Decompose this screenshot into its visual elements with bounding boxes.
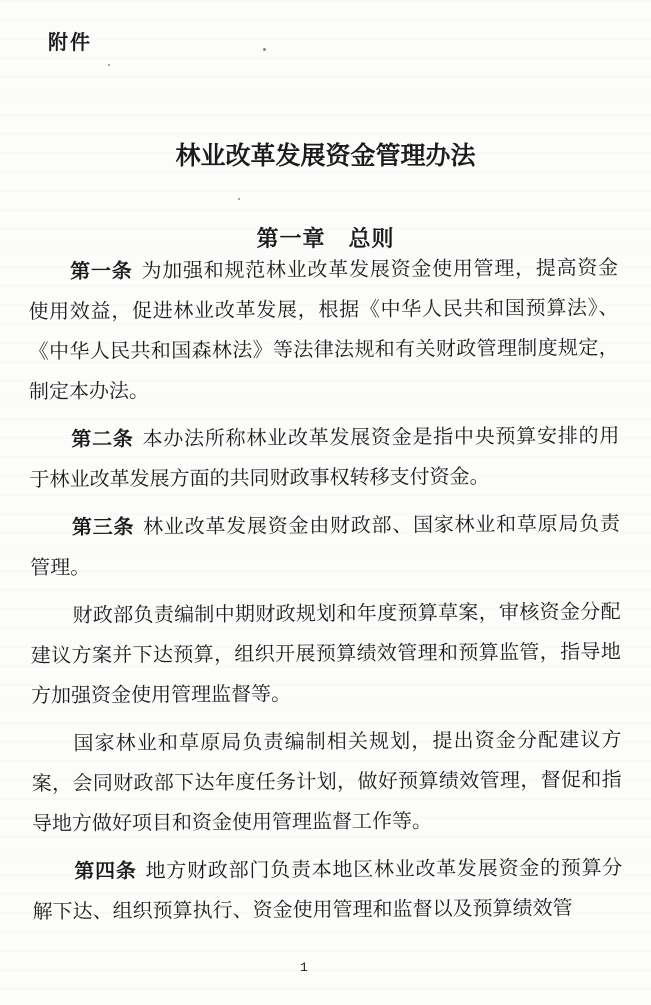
- article-number-label: 第四条: [74, 860, 136, 882]
- page-number: 1: [300, 960, 308, 975]
- article-number-label: 第二条: [71, 429, 133, 451]
- scan-speck: [108, 64, 110, 66]
- paragraph-text: 财政部负责编制中期财政规划和年度预算草案，审核资金分配建议方案并下达预算，组织开…: [31, 601, 621, 707]
- paragraph-text: 国家林业和草原局负责编制相关规划，提出资金分配建议方案，会同财政部下达年度任务计…: [32, 729, 622, 835]
- scan-speck: [263, 48, 266, 51]
- paragraph: 第二条本办法所称林业改革发展资金是指中央预算安排的用于林业改革发展方面的共同财政…: [29, 416, 620, 500]
- scan-speck: [238, 198, 240, 200]
- paragraph: 国家林业和草原局负责编制相关规划，提出资金分配建议方案，会同财政部下达年度任务计…: [31, 720, 622, 844]
- article-number-label: 第一条: [70, 261, 132, 283]
- article-number-label: 第三条: [72, 516, 134, 538]
- document-body: 第一条为加强和规范林业改革发展资金使用管理，提高资金使用效益，促进林业改革发展，…: [28, 248, 623, 940]
- document-title: 林业改革发展资金管理办法: [0, 136, 651, 172]
- paragraph: 财政部负责编制中期财政规划和年度预算草案，审核资金分配建议方案并下达预算，组织开…: [30, 592, 621, 716]
- attachment-label: 附件: [48, 26, 92, 55]
- paragraph: 第三条林业改革发展资金由财政部、国家林业和草原局负责管理。: [30, 504, 621, 588]
- paragraph: 第一条为加强和规范林业改革发展资金使用管理，提高资金使用效益，促进林业改革发展，…: [28, 248, 619, 412]
- scanned-document-page: 附件 林业改革发展资金管理办法 第一章 总则 第一条为加强和规范林业改革发展资金…: [0, 0, 651, 1005]
- paragraph: 第四条地方财政部门负责本地区林业改革发展资金的预算分解下达、组织预算执行、资金使…: [32, 848, 623, 932]
